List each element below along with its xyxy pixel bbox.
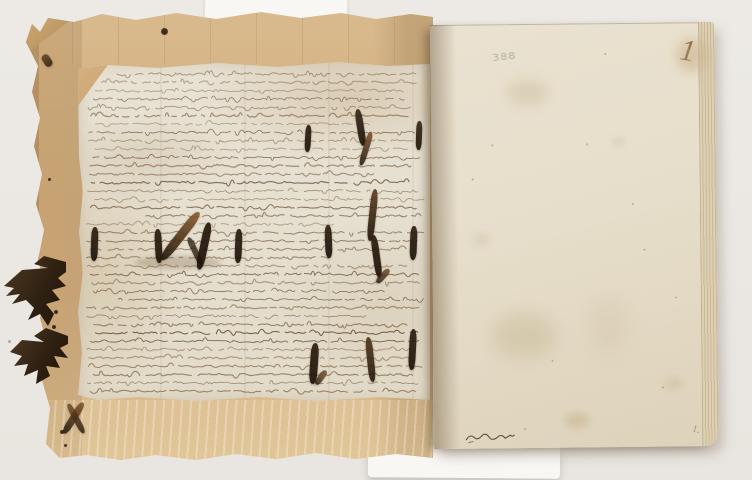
stain — [472, 233, 490, 245]
stain — [491, 313, 557, 360]
speck — [632, 203, 634, 205]
manuscript-photo: 1 388 1. — [0, 0, 752, 480]
pencil-annotation: 388 — [492, 50, 517, 64]
gutter-shadow — [430, 25, 460, 449]
handwriting-line — [119, 297, 424, 303]
handwriting-line — [95, 196, 428, 202]
lacing-hole — [64, 444, 67, 447]
handwriting-line — [93, 154, 420, 160]
speck — [662, 387, 664, 389]
handwriting-line — [90, 388, 419, 394]
handwriting-line — [96, 329, 418, 335]
fore-edge-pages — [698, 22, 718, 446]
handwriting-line — [94, 321, 407, 328]
handwriting-line — [89, 354, 412, 361]
leather-stitch — [324, 225, 332, 258]
lacing-hole — [52, 325, 56, 329]
handwriting-line — [86, 221, 338, 227]
stain — [676, 38, 706, 72]
corner-mark: 1. — [691, 423, 701, 436]
handwriting-line — [95, 88, 403, 93]
handwriting-line — [117, 71, 416, 78]
handwriting-line — [91, 179, 414, 186]
handwriting-line — [93, 371, 412, 378]
stain — [564, 412, 590, 428]
handwriting-line — [89, 129, 415, 136]
handwriting-line — [94, 288, 385, 294]
handwriting-line — [102, 79, 416, 85]
handwriting-line — [90, 246, 413, 252]
leather-stitch — [27, 112, 35, 135]
handwriting-line — [90, 205, 416, 211]
stain — [588, 297, 629, 357]
stain — [506, 80, 550, 106]
speck — [643, 249, 645, 251]
speck — [586, 143, 588, 145]
handwriting-line — [87, 188, 417, 193]
handwriting-line — [93, 96, 404, 102]
speck — [675, 296, 677, 298]
handwriting-line — [87, 305, 419, 310]
lacing-hole — [54, 310, 58, 314]
lacing-hole — [161, 28, 168, 35]
speck — [491, 144, 493, 146]
charter-handwriting — [78, 62, 430, 402]
handwriting-line — [146, 213, 421, 219]
pasted-charter — [78, 62, 430, 402]
stain — [664, 376, 684, 390]
speck — [472, 179, 474, 181]
right-flyleaf-page: 1 388 1. — [430, 22, 718, 449]
handwriting-line — [87, 315, 366, 320]
handwriting-line — [88, 104, 410, 111]
background-speck — [8, 340, 11, 343]
lacing-hole — [48, 178, 51, 181]
left-cover — [26, 8, 433, 462]
speck — [552, 360, 554, 362]
handwriting-line — [89, 171, 373, 177]
handwriting-line — [95, 121, 369, 127]
handwriting-line — [87, 265, 406, 270]
speck — [604, 53, 606, 55]
marginal-scribble — [464, 429, 518, 446]
ink-smudge — [135, 256, 221, 269]
stain — [611, 137, 625, 147]
handwriting-line — [90, 271, 418, 277]
lacing-hole — [60, 430, 64, 434]
cover-bottom-band — [46, 400, 433, 462]
speck — [524, 428, 526, 430]
